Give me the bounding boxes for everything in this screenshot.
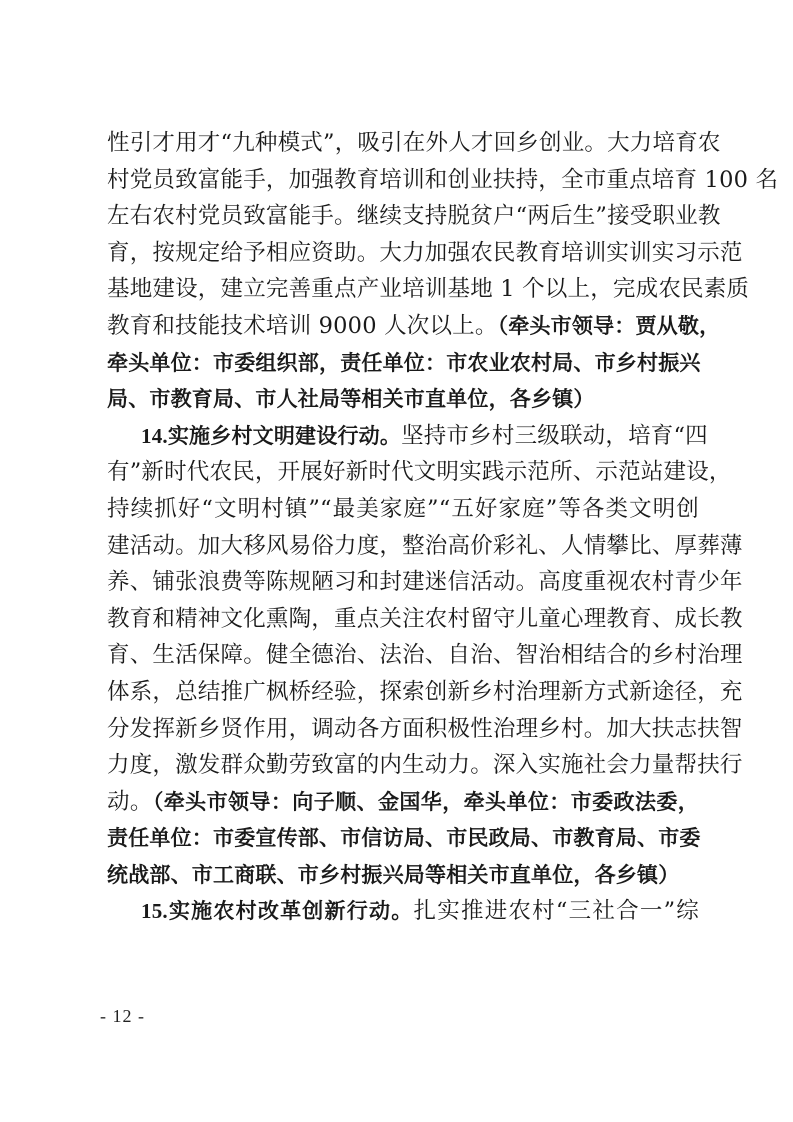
line-text: 基地建设，建立完善重点产业培训基地 1 个以上，完成农民素质 — [107, 276, 749, 302]
line-text: 教育和技能技术培训 9000 人次以上。 — [107, 313, 498, 339]
page-number: - 12 - — [100, 1006, 145, 1027]
paragraph-14: 14.实施乡村文明建设行动。坚持市乡村三级联动，培育“四 有”新时代农民，开展好… — [107, 418, 699, 894]
document-page: 性引才用才“九种模式”，吸引在外人才回乡创业。大力培育农 村党员致富能手，加强教… — [0, 0, 793, 1122]
text-line: 分发挥新乡贤作用，调动各方面积极性治理乡村。加大扶志扶智 — [107, 711, 699, 748]
text-line: 力度，激发群众勤劳致富的内生动力。深入实施社会力量帮扶行 — [107, 747, 699, 784]
line-text: 责任单位：市委宣传部、市信访局、市民政局、市教育局、市委 — [107, 826, 701, 850]
paragraph-15: 15.实施农村改革创新行动。扎实推进农村“三社合一”综 — [107, 893, 699, 930]
line-text: 体系，总结推广枫桥经验，探索创新乡村治理新方式新途径，充 — [107, 679, 743, 705]
text-line: 左右农村党员致富能手。继续支持脱贫户“两后生”接受职业教 — [107, 198, 699, 235]
line-text: 坚持市乡村三级联动，培育“四 — [401, 423, 708, 449]
text-line: 村党员致富能手，加强教育培训和创业扶持，全市重点培育 100 名 — [107, 162, 699, 199]
line-text: 教育和精神文化熏陶，重点关注农村留守儿童心理教育、成长教 — [107, 606, 743, 632]
item-number: 14. — [141, 424, 168, 448]
responsibility-note: （牵头市领导：贾从敬， — [498, 314, 721, 338]
line-text: 性引才用才“九种模式”，吸引在外人才回乡创业。大力培育农 — [107, 130, 721, 156]
document-body: 性引才用才“九种模式”，吸引在外人才回乡创业。大力培育农 村党员致富能手，加强教… — [107, 125, 699, 930]
line-text: 建活动。加大移风易俗力度，整治高价彩礼、人情攀比、厚葬薄 — [107, 533, 743, 559]
line-text: 牵头单位：市委组织部，责任单位：市农业农村局、市乡村振兴 — [107, 351, 701, 375]
line-text: 统战部、市工商联、市乡村振兴局等相关市直单位，各乡镇） — [107, 863, 679, 887]
text-line: 教育和技能技术培训 9000 人次以上。（牵头市领导：贾从敬， — [107, 308, 699, 345]
line-text: 育，按规定给予相应资助。大力加强农民教育培训实训实习示范 — [107, 240, 743, 266]
responsibility-note: （牵头市领导：向子顺、金国华，牵头单位：市委政法委， — [153, 790, 699, 814]
text-line: 有”新时代农民，开展好新时代文明实践示范所、示范站建设， — [107, 454, 699, 491]
text-line: 15.实施农村改革创新行动。扎实推进农村“三社合一”综 — [107, 893, 699, 930]
line-text: 分发挥新乡贤作用，调动各方面积极性治理乡村。加大扶志扶智 — [107, 716, 743, 742]
text-line: 动。（牵头市领导：向子顺、金国华，牵头单位：市委政法委， — [107, 784, 699, 821]
line-text: 有”新时代农民，开展好新时代文明实践示范所、示范站建设， — [107, 459, 732, 485]
line-text: 局、市教育局、市人社局等相关市直单位，各乡镇） — [107, 387, 595, 411]
item-heading: 实施乡村文明建设行动。 — [168, 424, 401, 448]
responsibility-note-line: 牵头单位：市委组织部，责任单位：市农业农村局、市乡村振兴 — [107, 345, 699, 382]
item-number: 15. — [141, 899, 168, 923]
line-text: 养、铺张浪费等陈规陋习和封建迷信活动。高度重视农村青少年 — [107, 569, 743, 595]
text-line: 体系，总结推广枫桥经验，探索创新乡村治理新方式新途径，充 — [107, 674, 699, 711]
text-line: 基地建设，建立完善重点产业培训基地 1 个以上，完成农民素质 — [107, 271, 699, 308]
line-text: 持续抓好“文明村镇”“最美家庭”“五好家庭”等各类文明创 — [107, 496, 699, 522]
line-text: 育、生活保障。健全德治、法治、自治、智治相结合的乡村治理 — [107, 642, 743, 668]
text-line: 育，按规定给予相应资助。大力加强农民教育培训实训实习示范 — [107, 235, 699, 272]
line-text: 扎实推进农村“三社合一”综 — [413, 898, 699, 924]
line-text: 左右农村党员致富能手。继续支持脱贫户“两后生”接受职业教 — [107, 203, 721, 229]
responsibility-note-line: 责任单位：市委宣传部、市信访局、市民政局、市教育局、市委 — [107, 820, 699, 857]
text-line: 养、铺张浪费等陈规陋习和封建迷信活动。高度重视农村青少年 — [107, 564, 699, 601]
text-line: 性引才用才“九种模式”，吸引在外人才回乡创业。大力培育农 — [107, 125, 699, 162]
line-text: 村党员致富能手，加强教育培训和创业扶持，全市重点培育 100 名 — [107, 167, 778, 193]
responsibility-note-line: 统战部、市工商联、市乡村振兴局等相关市直单位，各乡镇） — [107, 857, 699, 894]
text-line: 建活动。加大移风易俗力度，整治高价彩礼、人情攀比、厚葬薄 — [107, 528, 699, 565]
line-text: 力度，激发群众勤劳致富的内生动力。深入实施社会力量帮扶行 — [107, 752, 743, 778]
text-line: 14.实施乡村文明建设行动。坚持市乡村三级联动，培育“四 — [107, 418, 699, 455]
paragraph-13-continued: 性引才用才“九种模式”，吸引在外人才回乡创业。大力培育农 村党员致富能手，加强教… — [107, 125, 699, 418]
responsibility-note-line: 局、市教育局、市人社局等相关市直单位，各乡镇） — [107, 381, 699, 418]
text-line: 教育和精神文化熏陶，重点关注农村留守儿童心理教育、成长教 — [107, 601, 699, 638]
item-heading: 实施农村改革创新行动。 — [168, 899, 414, 923]
text-line: 持续抓好“文明村镇”“最美家庭”“五好家庭”等各类文明创 — [107, 491, 699, 528]
line-text: 动。 — [107, 789, 153, 815]
text-line: 育、生活保障。健全德治、法治、自治、智治相结合的乡村治理 — [107, 637, 699, 674]
